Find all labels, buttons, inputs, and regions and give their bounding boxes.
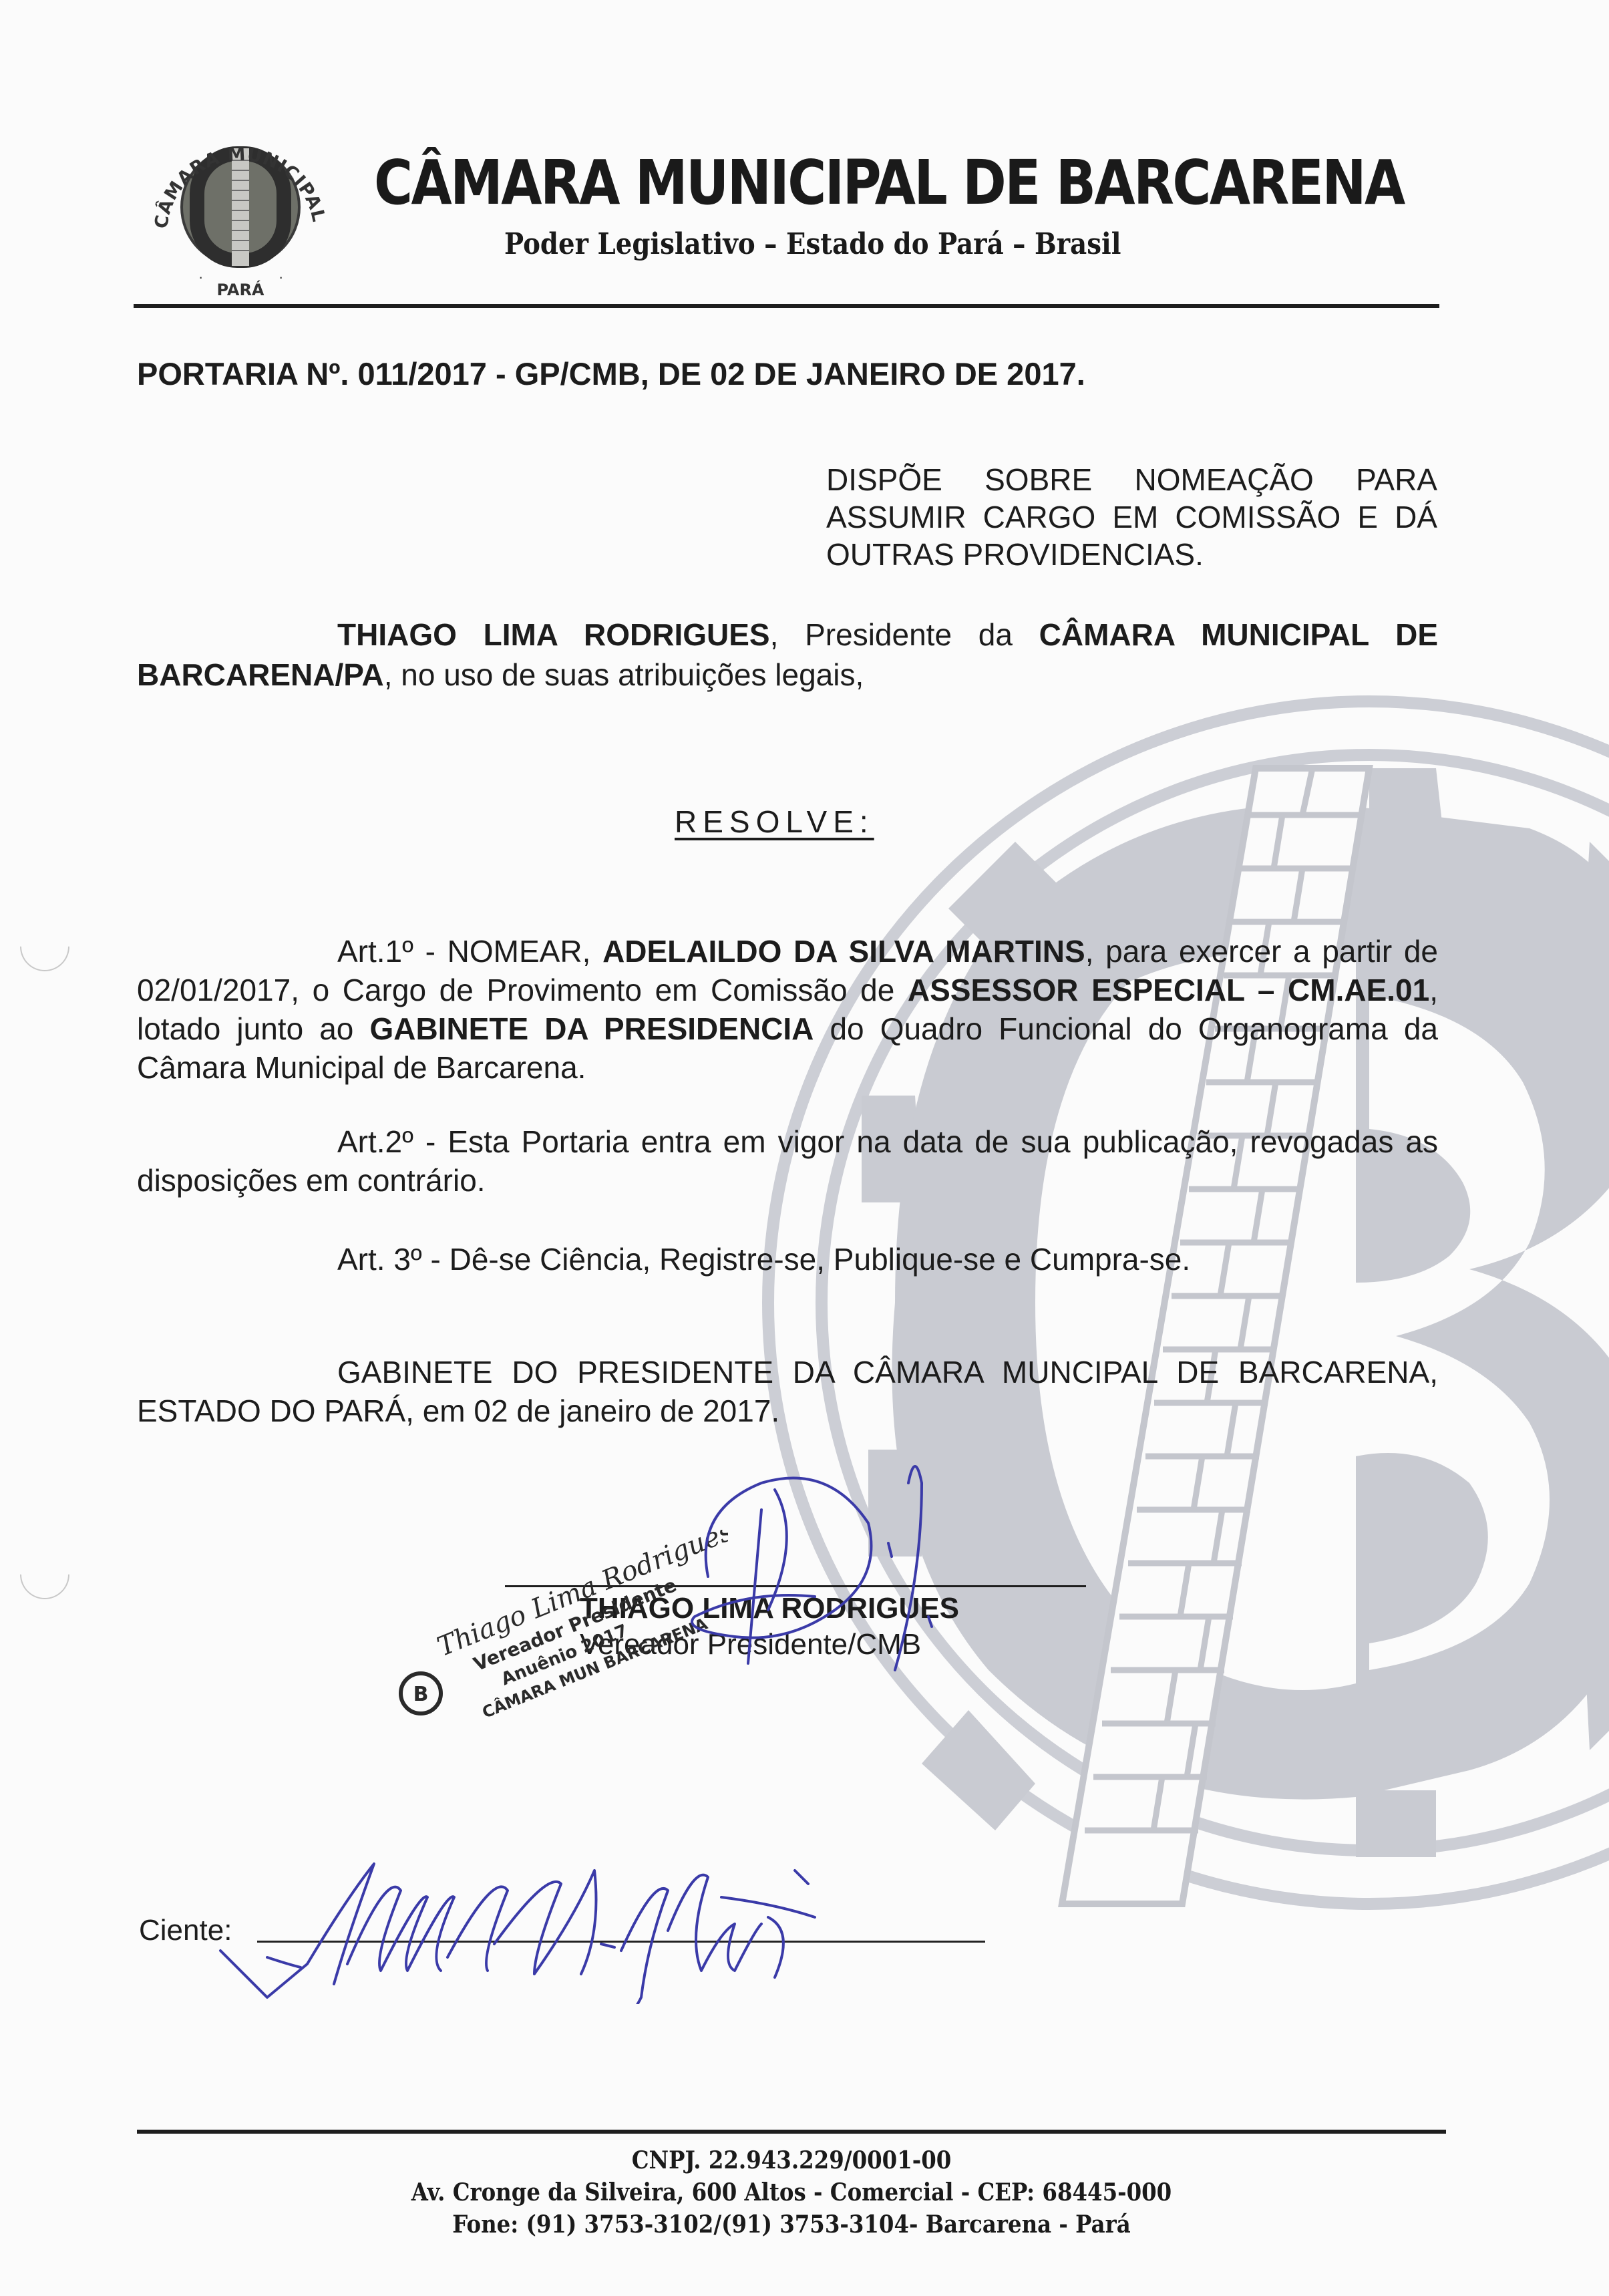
closing-paragraph: GABINETE DO PRESIDENTE DA CÂMARA MUNCIPA… bbox=[137, 1353, 1438, 1430]
appointee-name: ADELAILDO DA SILVA MARTINS bbox=[602, 934, 1085, 969]
resolve-heading: RESOLVE: bbox=[675, 802, 874, 842]
preamble-paragraph: THIAGO LIMA RODRIGUES, Presidente da CÂM… bbox=[137, 615, 1438, 695]
appointee-signature bbox=[134, 1830, 1035, 2004]
article-1: Art.1º - NOMEAR, ADELAILDO DA SILVA MART… bbox=[137, 932, 1438, 1087]
footer-address: Av. Cronge da Silveira, 600 Altos - Come… bbox=[202, 2176, 1381, 2208]
department-name: GABINETE DA PRESIDENCIA bbox=[369, 1011, 814, 1046]
header-divider bbox=[134, 304, 1439, 308]
footer-phone: Fone: (91) 3753-3102/(91) 3753-3104- Bar… bbox=[202, 2208, 1381, 2241]
document-page: CÂMARA MUNICIPAL DE BARCARENA PARÁ · · C… bbox=[0, 0, 1609, 2296]
punch-hole bbox=[10, 1540, 80, 1610]
document-title: PORTARIA Nº. 011/2017 - GP/CMB, DE 02 DE… bbox=[137, 354, 1085, 394]
svg-text:B: B bbox=[413, 1683, 429, 1706]
document-ementa: DISPÕE SOBRE NOMEAÇÃO PARA ASSUMIR CARGO… bbox=[826, 461, 1437, 573]
footer-divider bbox=[137, 2130, 1446, 2134]
footer-contact: CNPJ. 22.943.229/0001-00 Av. Cronge da S… bbox=[137, 2144, 1446, 2241]
institution-subtitle: Poder Legislativo – Estado do Pará – Bra… bbox=[504, 227, 1121, 261]
position-title: ASSESSOR ESPECIAL – CM.AE.01 bbox=[908, 973, 1429, 1007]
watermark-seal-icon bbox=[701, 668, 1609, 1937]
article-2: Art.2º - Esta Portaria entra em vigor na… bbox=[137, 1122, 1438, 1200]
institution-seal-icon: CÂMARA MUNICIPAL DE BARCARENA PARÁ · · bbox=[137, 107, 344, 301]
article-3: Art. 3º - Dê-se Ciência, Registre-se, Pu… bbox=[137, 1239, 1438, 1279]
president-signature bbox=[668, 1443, 975, 1697]
svg-text:PARÁ: PARÁ bbox=[216, 280, 264, 299]
svg-text:·: · bbox=[279, 269, 283, 285]
institution-name: CÂMARA MUNICIPAL DE BARCARENA bbox=[374, 147, 1404, 218]
footer-cnpj: CNPJ. 22.943.229/0001-00 bbox=[202, 2144, 1381, 2176]
punch-hole bbox=[10, 912, 80, 982]
svg-text:·: · bbox=[198, 269, 203, 285]
stamp-seal-icon: B bbox=[401, 1673, 441, 1713]
president-name: THIAGO LIMA RODRIGUES bbox=[337, 617, 770, 652]
